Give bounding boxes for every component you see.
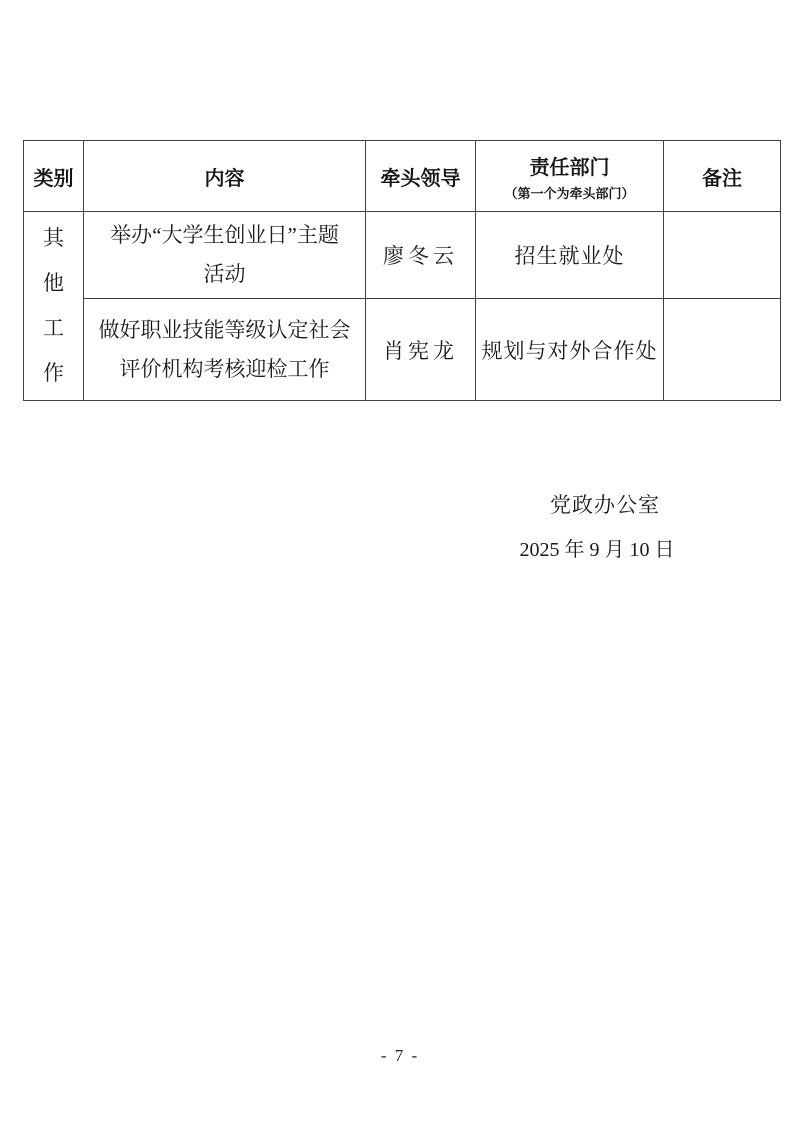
- content-line: 评价机构考核迎检工作: [88, 350, 361, 389]
- leader-cell: 廖冬云: [366, 212, 476, 299]
- category-label: 其他工作: [42, 216, 65, 397]
- content-cell: 做好职业技能等级认定社会 评价机构考核迎检工作: [84, 299, 366, 401]
- header-department-title: 责任部门: [530, 157, 610, 179]
- table-row: 其他工作 举办“大学生创业日”主题 活动 廖冬云 招生就业处: [24, 212, 781, 299]
- department-cell: 招生就业处: [476, 212, 664, 299]
- content-line: 举办“大学生创业日”主题: [88, 216, 361, 255]
- table-header-row: 类别 内容 牵头领导 责任部门 （第一个为牵头部门） 备注: [24, 141, 781, 212]
- signature-office: 党政办公室: [445, 489, 765, 519]
- remark-cell: [664, 299, 781, 401]
- page-number: - 7 -: [0, 1046, 800, 1066]
- table-row: 做好职业技能等级认定社会 评价机构考核迎检工作 肖宪龙 规划与对外合作处: [24, 299, 781, 401]
- leader-cell: 肖宪龙: [366, 299, 476, 401]
- work-plan-table: 类别 内容 牵头领导 责任部门 （第一个为牵头部门） 备注 其他工作 举办“大学…: [23, 140, 781, 401]
- remark-cell: [664, 212, 781, 299]
- header-department-note: （第一个为牵头部门）: [480, 183, 659, 202]
- signature-date: 2025 年 9 月 10 日: [437, 533, 757, 562]
- header-cell-category: 类别: [24, 141, 84, 212]
- department-cell: 规划与对外合作处: [476, 299, 664, 401]
- content-line: 做好职业技能等级认定社会: [88, 311, 361, 350]
- category-merged-cell: 其他工作: [24, 212, 84, 401]
- header-cell-department: 责任部门 （第一个为牵头部门）: [476, 141, 664, 212]
- header-cell-content: 内容: [84, 141, 366, 212]
- content-line: 活动: [88, 255, 361, 294]
- header-cell-leader: 牵头领导: [366, 141, 476, 212]
- content-cell: 举办“大学生创业日”主题 活动: [84, 212, 366, 299]
- header-cell-remark: 备注: [664, 141, 781, 212]
